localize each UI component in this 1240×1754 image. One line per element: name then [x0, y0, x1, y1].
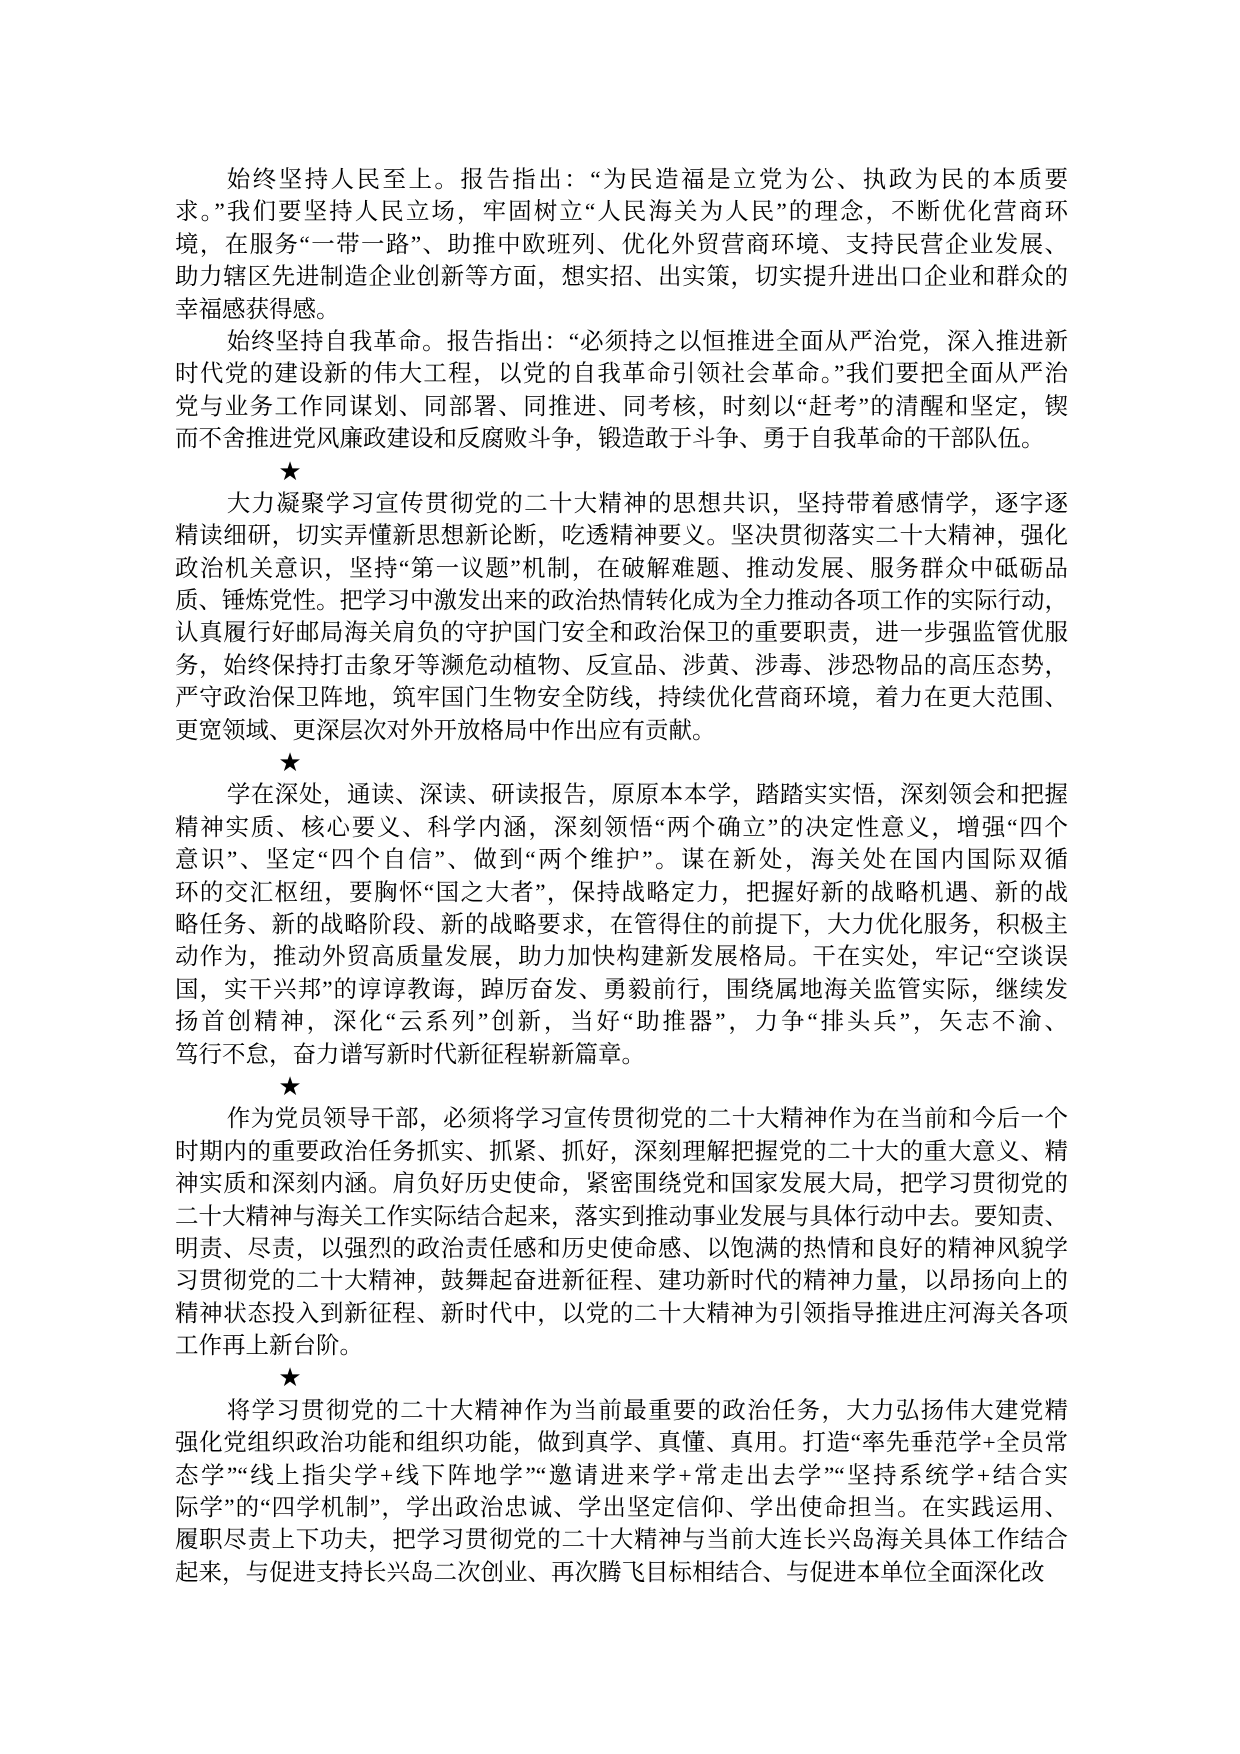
- text-line: 工作再上新台阶。: [175, 1330, 1068, 1362]
- text-line: 意识”、坚定“四个自信”、做到“两个维护”。谋在新处，海关处在国内国际双循: [175, 844, 1068, 876]
- text-line: 幸福感获得感。: [175, 294, 1068, 326]
- text-line: 求。”我们要坚持人民立场，牢固树立“人民海关为人民”的理念，不断优化营商环: [175, 196, 1068, 228]
- section-separator: ★: [175, 456, 1068, 488]
- text-line: 际学”的“四学机制”，学出政治忠诚、学出坚定信仰、学出使命担当。在实践运用、: [175, 1492, 1068, 1524]
- paragraph: 始终坚持自我革命。报告指出：“必须持之以恒推进全面从严治党，深入推进新时代党的建…: [175, 326, 1068, 456]
- paragraph: 始终坚持人民至上。报告指出：“为民造福是立党为公、执政为民的本质要求。”我们要坚…: [175, 164, 1068, 326]
- text-line: 环的交汇枢纽，要胸怀“国之大者”，保持战略定力，把握好新的战略机遇、新的战: [175, 877, 1068, 909]
- text-line: 精神实质、核心要义、科学内涵，深刻领悟“两个确立”的决定性意义，增强“四个: [175, 812, 1068, 844]
- star-icon: ★: [227, 1362, 302, 1394]
- text-line: 精神状态投入到新征程、新时代中，以党的二十大精神为引领指导推进庄河海关各项: [175, 1298, 1068, 1330]
- text-line: 动作为，推动外贸高质量发展，助力加快构建新发展格局。干在实处，牢记“空谈误: [175, 941, 1068, 973]
- text-line: 明责、尽责，以强烈的政治责任感和历史使命感、以饱满的热情和良好的精神风貌学: [175, 1233, 1068, 1265]
- text-line: 扬首创精神，深化“云系列”创新，当好“助推器”，力争“排头兵”，矢志不渝、: [175, 1006, 1068, 1038]
- star-icon: ★: [227, 747, 302, 779]
- text-line: 将学习贯彻党的二十大精神作为当前最重要的政治任务，大力弘扬伟大建党精神，: [175, 1395, 1068, 1427]
- paragraph: 大力凝聚学习宣传贯彻党的二十大精神的思想共识，坚持带着感情学，逐字逐句，精读细研…: [175, 488, 1068, 747]
- text-line: 国，实干兴邦”的谆谆教诲，踔厉奋发、勇毅前行，围绕属地海关监管实际，继续发: [175, 974, 1068, 1006]
- section-separator: ★: [175, 1362, 1068, 1394]
- star-icon: ★: [227, 456, 302, 488]
- text-line: 强化党组织政治功能和组织功能，做到真学、真懂、真用。打造“率先垂范学+全员常: [175, 1427, 1068, 1459]
- text-line: 始终坚持人民至上。报告指出：“为民造福是立党为公、执政为民的本质要: [175, 164, 1068, 196]
- text-line: 更宽领域、更深层次对外开放格局中作出应有贡献。: [175, 715, 1068, 747]
- text-line: 学在深处，通读、深读、研读报告，原原本本学，踏踏实实悟，深刻领会和把握: [175, 779, 1068, 811]
- text-line: 大力凝聚学习宣传贯彻党的二十大精神的思想共识，坚持带着感情学，逐字逐句，: [175, 488, 1068, 520]
- text-line: 习贯彻党的二十大精神，鼓舞起奋进新征程、建功新时代的精神力量，以昂扬向上的: [175, 1265, 1068, 1297]
- paragraph: 将学习贯彻党的二十大精神作为当前最重要的政治任务，大力弘扬伟大建党精神，强化党组…: [175, 1395, 1068, 1589]
- text-line: 时期内的重要政治任务抓实、抓紧、抓好，深刻理解把握党的二十大的重大意义、精: [175, 1136, 1068, 1168]
- text-line: 助力辖区先进制造企业创新等方面，想实招、出实策，切实提升进出口企业和群众的: [175, 261, 1068, 293]
- paragraph: 学在深处，通读、深读、研读报告，原原本本学，踏踏实实悟，深刻领会和把握精神实质、…: [175, 779, 1068, 1071]
- text-line: 务，始终保持打击象牙等濒危动植物、反宣品、涉黄、涉毒、涉恐物品的高压态势，: [175, 650, 1068, 682]
- section-separator: ★: [175, 747, 1068, 779]
- text-line: 严守政治保卫阵地，筑牢国门生物安全防线，持续优化营商环境，着力在更大范围、: [175, 682, 1068, 714]
- text-line: 笃行不怠，奋力谱写新时代新征程崭新篇章。: [175, 1039, 1068, 1071]
- section-separator: ★: [175, 1071, 1068, 1103]
- document-page: 始终坚持人民至上。报告指出：“为民造福是立党为公、执政为民的本质要求。”我们要坚…: [0, 0, 1240, 1754]
- document-body: 始终坚持人民至上。报告指出：“为民造福是立党为公、执政为民的本质要求。”我们要坚…: [175, 164, 1068, 1589]
- text-line: 态学”“线上指尖学+线下阵地学”“邀请进来学+常走出去学”“坚持系统学+结合实: [175, 1460, 1068, 1492]
- text-line: 时代党的建设新的伟大工程，以党的自我革命引领社会革命。”我们要把全面从严治: [175, 358, 1068, 390]
- text-line: 二十大精神与海关工作实际结合起来，落实到推动事业发展与具体行动中去。要知责、: [175, 1201, 1068, 1233]
- text-line: 质、锤炼党性。把学习中激发出来的政治热情转化成为全力推动各项工作的实际行动，: [175, 585, 1068, 617]
- text-line: 始终坚持自我革命。报告指出：“必须持之以恒推进全面从严治党，深入推进新: [175, 326, 1068, 358]
- text-line: 精读细研，切实弄懂新思想新论断，吃透精神要义。坚决贯彻落实二十大精神，强化: [175, 520, 1068, 552]
- text-line: 党与业务工作同谋划、同部署、同推进、同考核，时刻以“赶考”的清醒和坚定，锲: [175, 391, 1068, 423]
- text-line: 起来，与促进支持长兴岛二次创业、再次腾飞目标相结合、与促进本单位全面深化改: [175, 1557, 1068, 1589]
- text-line: 政治机关意识，坚持“第一议题”机制，在破解难题、推动发展、服务群众中砥砺品: [175, 553, 1068, 585]
- text-line: 境，在服务“一带一路”、助推中欧班列、优化外贸营商环境、支持民营企业发展、: [175, 229, 1068, 261]
- paragraph: 作为党员领导干部，必须将学习宣传贯彻党的二十大精神作为在当前和今后一个时期内的重…: [175, 1103, 1068, 1362]
- text-line: 神实质和深刻内涵。肩负好历史使命，紧密围绕党和国家发展大局，把学习贯彻党的: [175, 1168, 1068, 1200]
- text-line: 作为党员领导干部，必须将学习宣传贯彻党的二十大精神作为在当前和今后一个: [175, 1103, 1068, 1135]
- text-line: 而不舍推进党风廉政建设和反腐败斗争，锻造敢于斗争、勇于自我革命的干部队伍。: [175, 423, 1068, 455]
- text-line: 认真履行好邮局海关肩负的守护国门安全和政治保卫的重要职责，进一步强监管优服: [175, 617, 1068, 649]
- text-line: 略任务、新的战略阶段、新的战略要求，在管得住的前提下，大力优化服务，积极主: [175, 909, 1068, 941]
- text-line: 履职尽责上下功夫，把学习贯彻党的二十大精神与当前大连长兴岛海关具体工作结合: [175, 1524, 1068, 1556]
- star-icon: ★: [227, 1071, 302, 1103]
